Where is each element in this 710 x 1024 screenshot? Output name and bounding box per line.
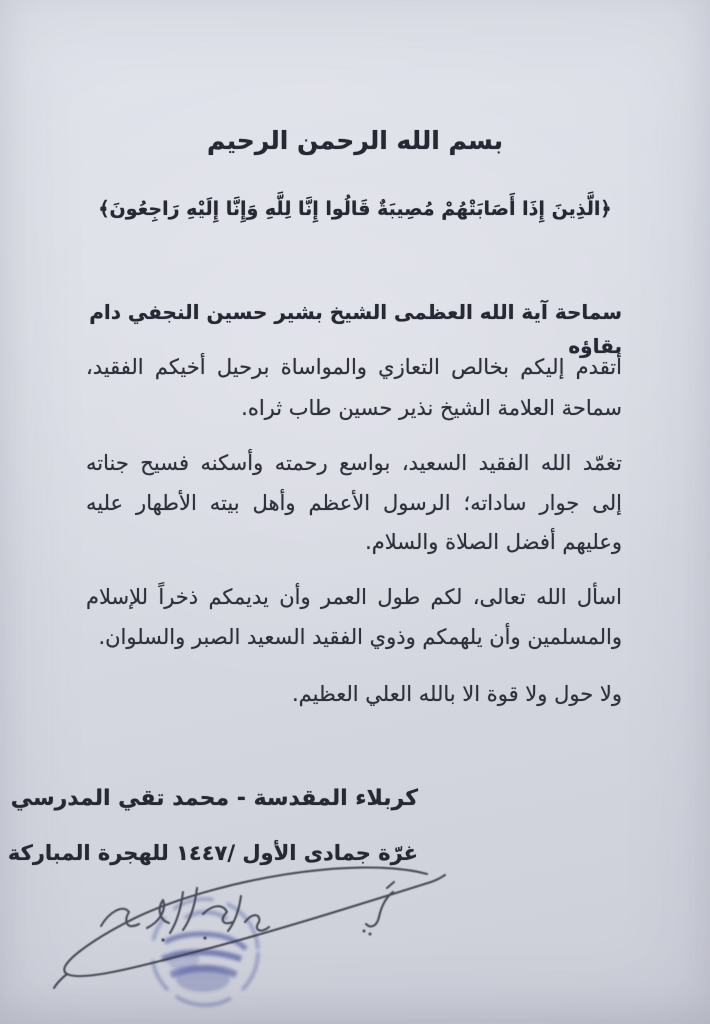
signoff-place-and-name: كربلاء المقدسة - محمد تقي المدرسي xyxy=(11,786,418,811)
quran-verse: ﴿الَّذِينَ إِذَا أَصَابَتْهُمْ مُصِيبَةٌ… xyxy=(50,192,660,226)
prayer-paragraph-2-line-2: إلى جوار ساداته؛ الرسول الأعظم وأهل بيته… xyxy=(86,486,622,520)
basmala-header: بسم الله الرحمن الرحيم xyxy=(50,124,660,158)
handwritten-signature-icon xyxy=(54,867,445,988)
prayer-paragraph-2-line-3: وعليهم أفضل الصلاة والسلام. xyxy=(86,525,622,559)
prayer-paragraph-2-line-1: تغمّد الله الفقيد السعيد، بواسع رحمته وأ… xyxy=(86,446,622,480)
wish-paragraph-3-line-1: اسأل الله تعالى، لكم طول العمر وأن يديمك… xyxy=(86,580,622,614)
letter-photo: بسم الله الرحمن الرحيم ﴿الَّذِينَ إِذَا … xyxy=(0,0,710,1024)
signature-and-stamp-area xyxy=(35,850,465,1024)
round-ink-stamp-icon xyxy=(152,899,258,1005)
closing-invocation-line: ولا حول ولا قوة الا بالله العلي العظيم. xyxy=(86,677,622,711)
wish-paragraph-3-line-2: والمسلمين وأن يلهمكم وذوي الفقيد السعيد … xyxy=(86,620,622,654)
condolence-paragraph-1-line-1: أتقدم إليكم بخالص التعازي والمواساة برحي… xyxy=(86,350,622,384)
condolence-paragraph-1-line-2: سماحة العلامة الشيخ نذير حسين طاب ثراه. xyxy=(86,391,622,425)
